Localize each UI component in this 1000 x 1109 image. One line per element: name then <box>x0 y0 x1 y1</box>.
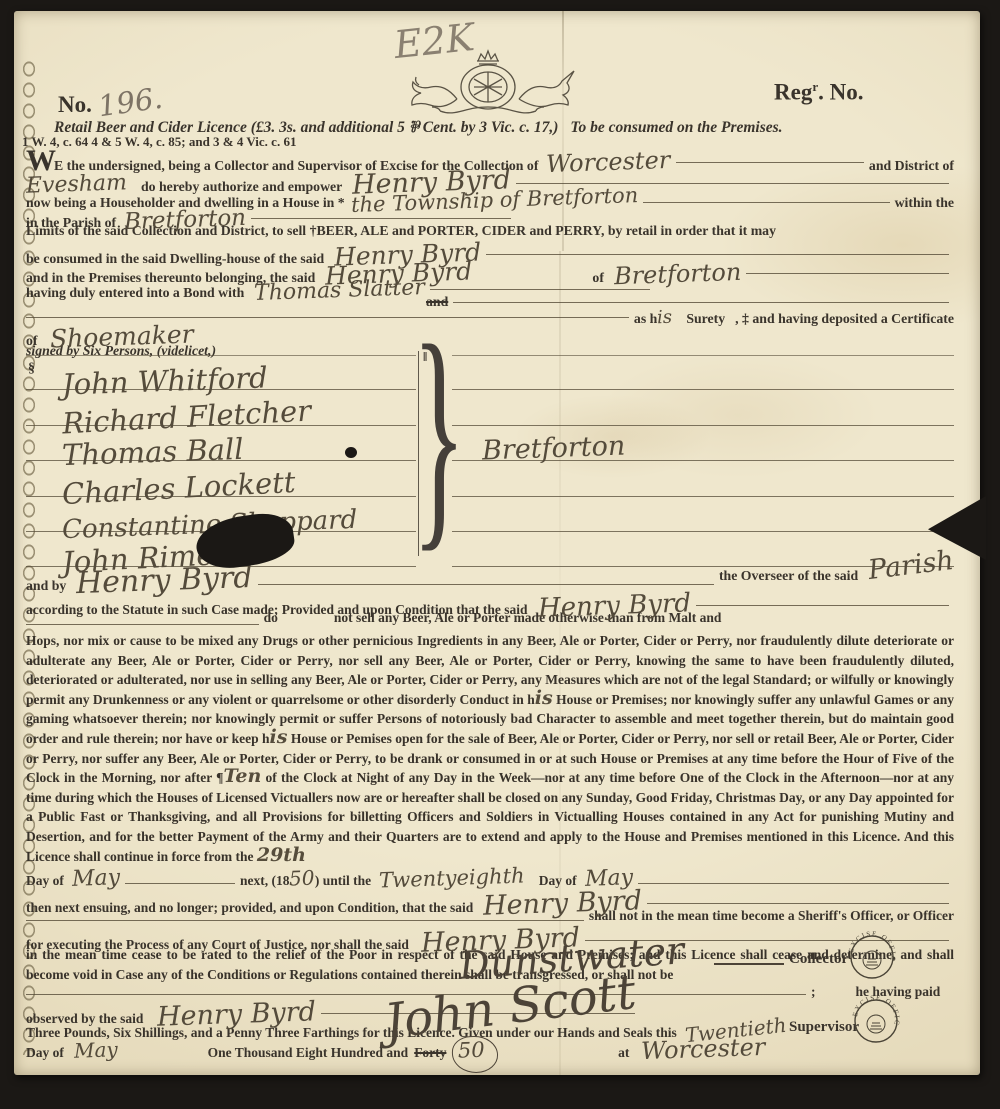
conditions-text: shall not in the mean time become a Sher… <box>589 908 954 924</box>
signatory-row: Charles Lockett <box>26 461 954 496</box>
his-handwritten: is <box>270 726 288 748</box>
rule-line <box>638 883 949 884</box>
reg-label-rest: . No. <box>818 80 863 105</box>
opening-text: as h <box>634 311 657 327</box>
signature-flourish <box>714 963 784 965</box>
title-tail: To be consumed on the Premises. <box>570 119 782 137</box>
opening-text: be consumed in the said Dwelling-house o… <box>26 251 324 267</box>
supervisor-label: Supervisor <box>789 1019 859 1036</box>
rule-line <box>125 883 235 884</box>
collection-name-handwritten: Worcester <box>546 146 671 178</box>
trade-handwritten: Shoemaker <box>49 320 194 354</box>
overseer-text: the Overseer of the said <box>719 568 858 584</box>
opening-text: Surety <box>686 311 725 327</box>
signatory-row: Richard Fletcher <box>26 390 954 425</box>
month-handwritten: May <box>73 1038 118 1064</box>
signatory-row: John Whitford <box>26 355 954 390</box>
punch-dot <box>345 447 357 458</box>
opening-text: and District of <box>869 158 954 174</box>
issue-place-handwritten: Worcester <box>641 1033 766 1065</box>
signatory-row: Constantine Sheppard <box>26 497 954 532</box>
royal-coat-of-arms <box>362 47 614 121</box>
licensee-name-handwritten: Henry Byrd <box>537 588 691 623</box>
licence-number: No. 196. <box>58 85 162 119</box>
crest-crown <box>477 51 499 64</box>
forty-struck: Forty <box>414 1045 446 1061</box>
conditions-text: at <box>618 1045 629 1061</box>
opening-text: of <box>592 270 604 286</box>
scan-background: E2K No. 196. Regr. No. Retail Beer and C… <box>0 0 1000 1109</box>
rule-line <box>696 605 949 606</box>
his-handwritten: is <box>535 687 553 709</box>
parish-handwritten: Bretforton <box>124 205 247 235</box>
conditions-text: Three Pounds, Six Shillings, and a Penny… <box>26 1025 677 1041</box>
his-handwritten: is <box>657 307 673 329</box>
excise-seal: EXCISE OFFICE <box>846 931 898 983</box>
conditions-text: One Thousand Eight Hundred and <box>208 1045 409 1061</box>
opening-section: W E the undersigned, being a Collector a… <box>26 148 954 359</box>
rule-line <box>647 903 949 904</box>
conditions-text: next, (18 <box>240 873 290 889</box>
rule-line <box>486 254 949 255</box>
conditions-text: do <box>264 610 278 626</box>
rule-line <box>516 183 949 184</box>
opening-text: , ‡ and having deposited a Certificate <box>735 311 954 327</box>
year-handwritten: 50 <box>289 866 315 891</box>
conditions-text: ; <box>811 984 816 1000</box>
conditions-text: ) until the <box>315 873 371 889</box>
rule-line <box>251 218 511 219</box>
conditions-text: Day of <box>26 1045 64 1061</box>
rule-line <box>643 202 890 203</box>
rule-line <box>746 273 949 274</box>
rule-line <box>26 317 629 318</box>
crest-lion <box>412 77 457 107</box>
excise-seal: EXCISE OFFICE <box>850 995 902 1047</box>
licence-document: E2K No. 196. Regr. No. Retail Beer and C… <box>14 11 980 1075</box>
rule-line <box>453 302 949 303</box>
licensee-name-handwritten: Henry Byrd <box>157 997 317 1034</box>
licensee-name-handwritten: Henry Byrd <box>483 885 643 922</box>
rule-line <box>26 624 259 625</box>
opening-text: within the <box>895 195 954 211</box>
register-number-label: Regr. No. <box>774 79 863 106</box>
signatory-row: Thomas Ball Bretforton <box>26 426 954 461</box>
crest-unicorn <box>519 71 574 107</box>
signatories-section: § ‖ } John Whitford Richard Fletcher Tho… <box>26 355 954 568</box>
opening-text: do hereby authorize and empower <box>141 179 342 195</box>
collector-label: Collector <box>789 951 848 968</box>
place-handwritten: Bretforton <box>613 258 741 290</box>
rule-line <box>676 162 864 163</box>
conditions-text: then next ensuing, and no longer; provid… <box>26 900 473 916</box>
overseer-line: and by Henry Byrd the Overseer of the sa… <box>26 563 954 589</box>
conditions-paragraph: Hops, nor mix or cause to be mixed any D… <box>26 631 954 866</box>
district-name-handwritten: Evesham <box>26 170 128 199</box>
opening-text: having duly entered into a Bond with <box>26 285 244 301</box>
crest-scroll <box>432 107 544 113</box>
reg-label-main: Reg <box>774 80 812 105</box>
hour-handwritten: Ten <box>223 765 261 787</box>
date-handwritten: 29th <box>257 844 306 866</box>
conditions-text: Day of <box>26 873 64 889</box>
month-handwritten: May <box>71 865 120 892</box>
dropcap-W: W <box>26 154 54 168</box>
rule-line <box>258 584 714 585</box>
